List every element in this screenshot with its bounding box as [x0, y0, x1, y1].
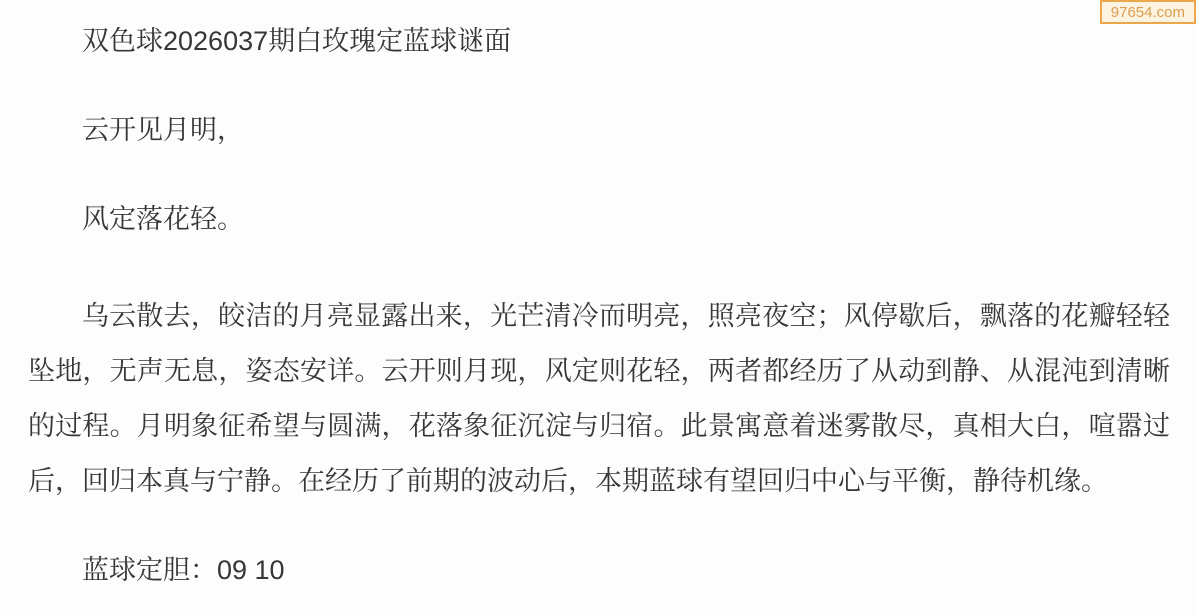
- poem-line-2: 风定落花轻。: [28, 192, 1170, 247]
- blue-ball-prediction: 蓝球定胆：09 10: [28, 543, 1170, 598]
- article-body: 双色球2026037期白玫瑰定蓝球谜面 云开见月明， 风定落花轻。 乌云散去，皎…: [0, 0, 1198, 598]
- article-page: 97654.com 双色球2026037期白玫瑰定蓝球谜面 云开见月明， 风定落…: [0, 0, 1198, 616]
- poem-line-1: 云开见月明，: [28, 103, 1170, 158]
- article-title: 双色球2026037期白玫瑰定蓝球谜面: [28, 14, 1170, 69]
- watermark-badge: 97654.com: [1100, 0, 1196, 24]
- analysis-paragraph: 乌云散去，皎洁的月亮显露出来，光芒清冷而明亮，照亮夜空；风停歇后，飘落的花瓣轻轻…: [28, 289, 1170, 509]
